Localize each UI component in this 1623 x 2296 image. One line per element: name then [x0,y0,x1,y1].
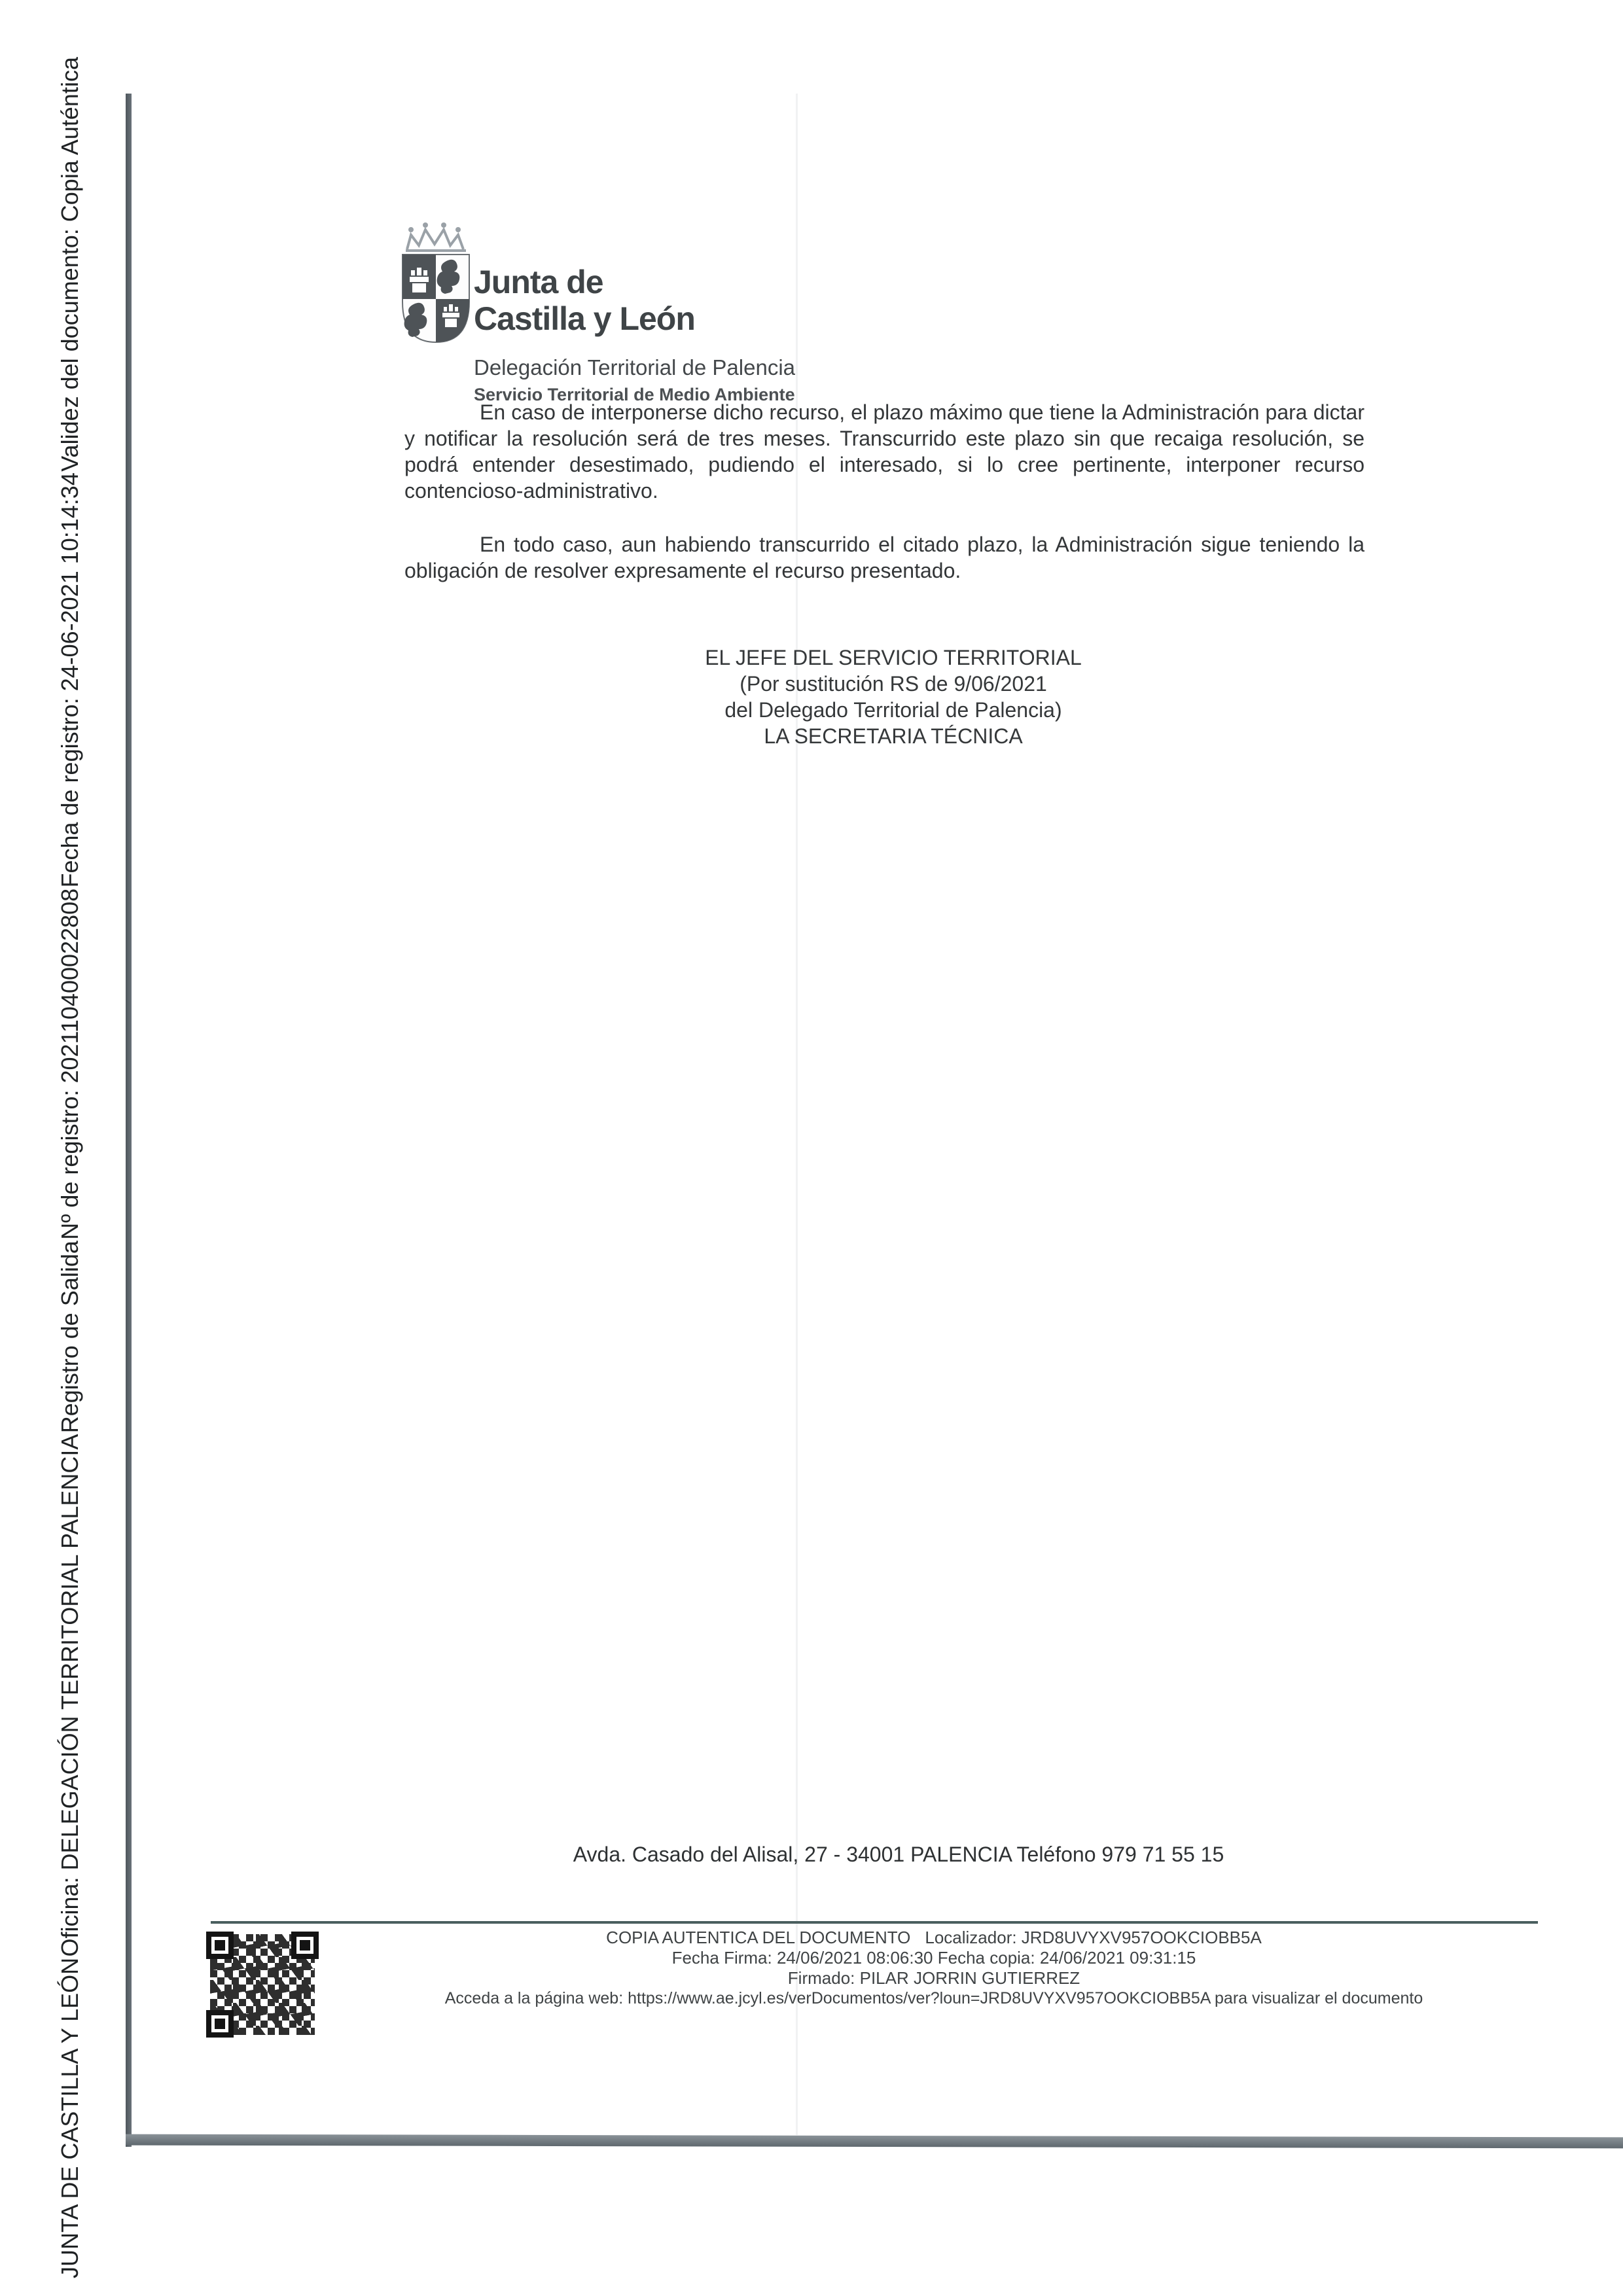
signature-block: EL JEFE DEL SERVICIO TERRITORIAL (Por su… [406,645,1381,749]
auth-dates: Fecha Firma: 24/06/2021 08:06:30 Fecha c… [249,1948,1619,1968]
body-paragraph-2: En todo caso, aun habiendo transcurrido … [404,531,1364,584]
footer-separator [211,1921,1538,1924]
registry-date: Fecha de registro: 24-06-2021 10:14:34 [56,472,84,887]
body-paragraph-1: En caso de interponerse dicho recurso, e… [404,399,1364,504]
signature-title: EL JEFE DEL SERVICIO TERRITORIAL [406,645,1381,671]
authentication-block: COPIA AUTENTICA DEL DOCUMENTOLocalizador… [249,1928,1619,2009]
crown-icon [406,230,466,251]
registry-sidebar-text: JUNTA DE CASTILLA Y LEÓN Oficina: DELEGA… [56,57,84,2278]
scanned-document-page: JUNTA DE CASTILLA Y LEÓN Oficina: DELEGA… [0,0,1623,2296]
org-department: Delegación Territorial de Palencia [474,355,795,380]
registry-org: JUNTA DE CASTILLA Y LEÓN [56,1958,84,2278]
auth-copy-label: COPIA AUTENTICA DEL DOCUMENTO [606,1928,910,1947]
registry-validity: Validez del documento: Copia Auténtica [56,57,84,472]
registry-type: Registro de Salida [56,1241,84,1433]
page-left-edge [126,94,132,2147]
auth-signed-by: Firmado: PILAR JORRIN GUTIERREZ [249,1968,1619,1988]
org-name-line2: Castilla y León [474,300,695,338]
auth-copy-line: COPIA AUTENTICA DEL DOCUMENTOLocalizador… [249,1928,1619,1948]
qr-finder-top-left [206,1932,234,1959]
qr-finder-bottom-left [206,2010,234,2038]
office-address: Avda. Casado del Alisal, 27 - 34001 PALE… [209,1843,1588,1867]
coat-of-arms-icon [401,221,471,344]
signature-delegate: del Delegado Territorial de Palencia) [406,697,1381,723]
org-name-line1: Junta de [474,263,603,301]
registry-office: Oficina: DELEGACIÓN TERRITORIAL PALENCIA [56,1434,84,1957]
auth-access-note: Acceda a la página web: https://www.ae.j… [249,1988,1619,2009]
page-bottom-edge [126,2134,1623,2149]
signature-role: LA SECRETARIA TÉCNICA [406,723,1381,749]
auth-locator: Localizador: JRD8UVYXV957OOKCIOBB5A [925,1928,1261,1947]
signature-substitution: (Por sustitución RS de 9/06/2021 [406,671,1381,697]
registry-number: Nº de registro: 202110400022808 [56,889,84,1240]
